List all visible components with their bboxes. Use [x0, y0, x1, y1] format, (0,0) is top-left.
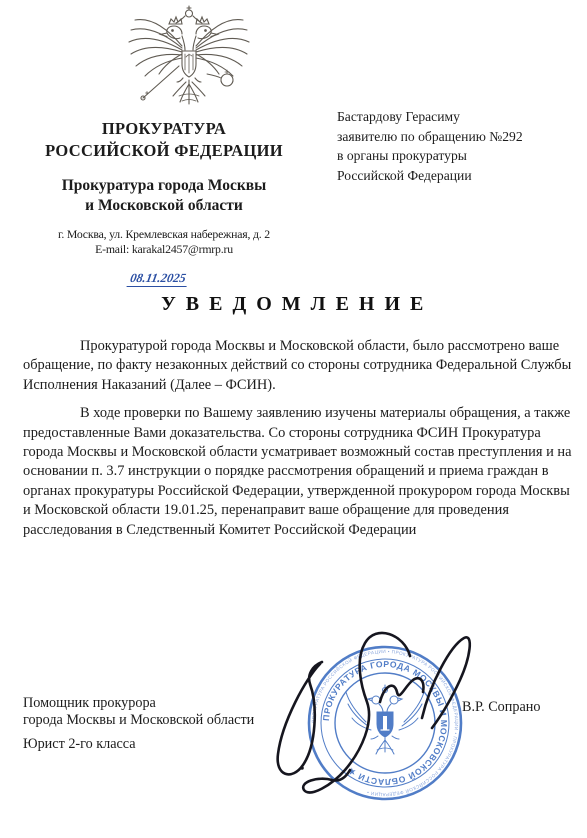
addressee-block: Бастардову Герасиму заявителю по обращен… — [337, 107, 577, 185]
signatory-rank: Юрист 2-го класса — [23, 736, 323, 753]
org-name-line2: РОССИЙСКОЙ ФЕДЕРАЦИИ — [18, 140, 310, 162]
addressee-case-ref: заявителю по обращению №292 — [337, 127, 577, 147]
signatory-position-line2: города Москвы и Московской области — [23, 712, 323, 729]
postal-address: г. Москва, ул. Кремлевская набережная, д… — [18, 227, 310, 242]
signatory-position-line1: Помощник прокурора — [23, 695, 323, 712]
addressee-name: Бастардову Герасиму — [337, 107, 577, 127]
handwritten-date: 08.11.2025 — [99, 271, 218, 286]
letterhead-contact-block: г. Москва, ул. Кремлевская набережная, д… — [18, 227, 310, 256]
dept-name-line1: Прокуратура города Москвы — [18, 176, 310, 196]
dept-name-line2: и Московской области — [18, 196, 310, 216]
email-address: E-mail: karakal2457@rmrp.ru — [18, 242, 310, 257]
letterhead-org-block: ПРОКУРАТУРА РОССИЙСКОЙ ФЕДЕРАЦИИ Прокура… — [18, 118, 310, 216]
official-letter-page: ПРОКУРАТУРА РОССИЙСКОЙ ФЕДЕРАЦИИ Прокура… — [0, 0, 587, 838]
signer-name: В.Р. Сопрано — [462, 699, 540, 716]
double-headed-eagle-icon — [123, 4, 265, 110]
body-paragraph-1: Прокуратурой города Москвы и Московской … — [23, 337, 575, 395]
signatory-position-block: Помощник прокурора города Москвы и Моско… — [23, 695, 323, 753]
body-paragraph-2: В ходе проверки по Вашему заявлению изуч… — [23, 404, 575, 540]
addressee-line3: в органы прокуратуры — [337, 146, 577, 166]
addressee-line4: Российской Федерации — [337, 166, 577, 186]
document-title: У В Е Д О М Л Е Н И Е — [0, 293, 587, 316]
document-body: Прокуратурой города Москвы и Московской … — [23, 337, 575, 540]
org-name-line1: ПРОКУРАТУРА — [18, 118, 310, 140]
